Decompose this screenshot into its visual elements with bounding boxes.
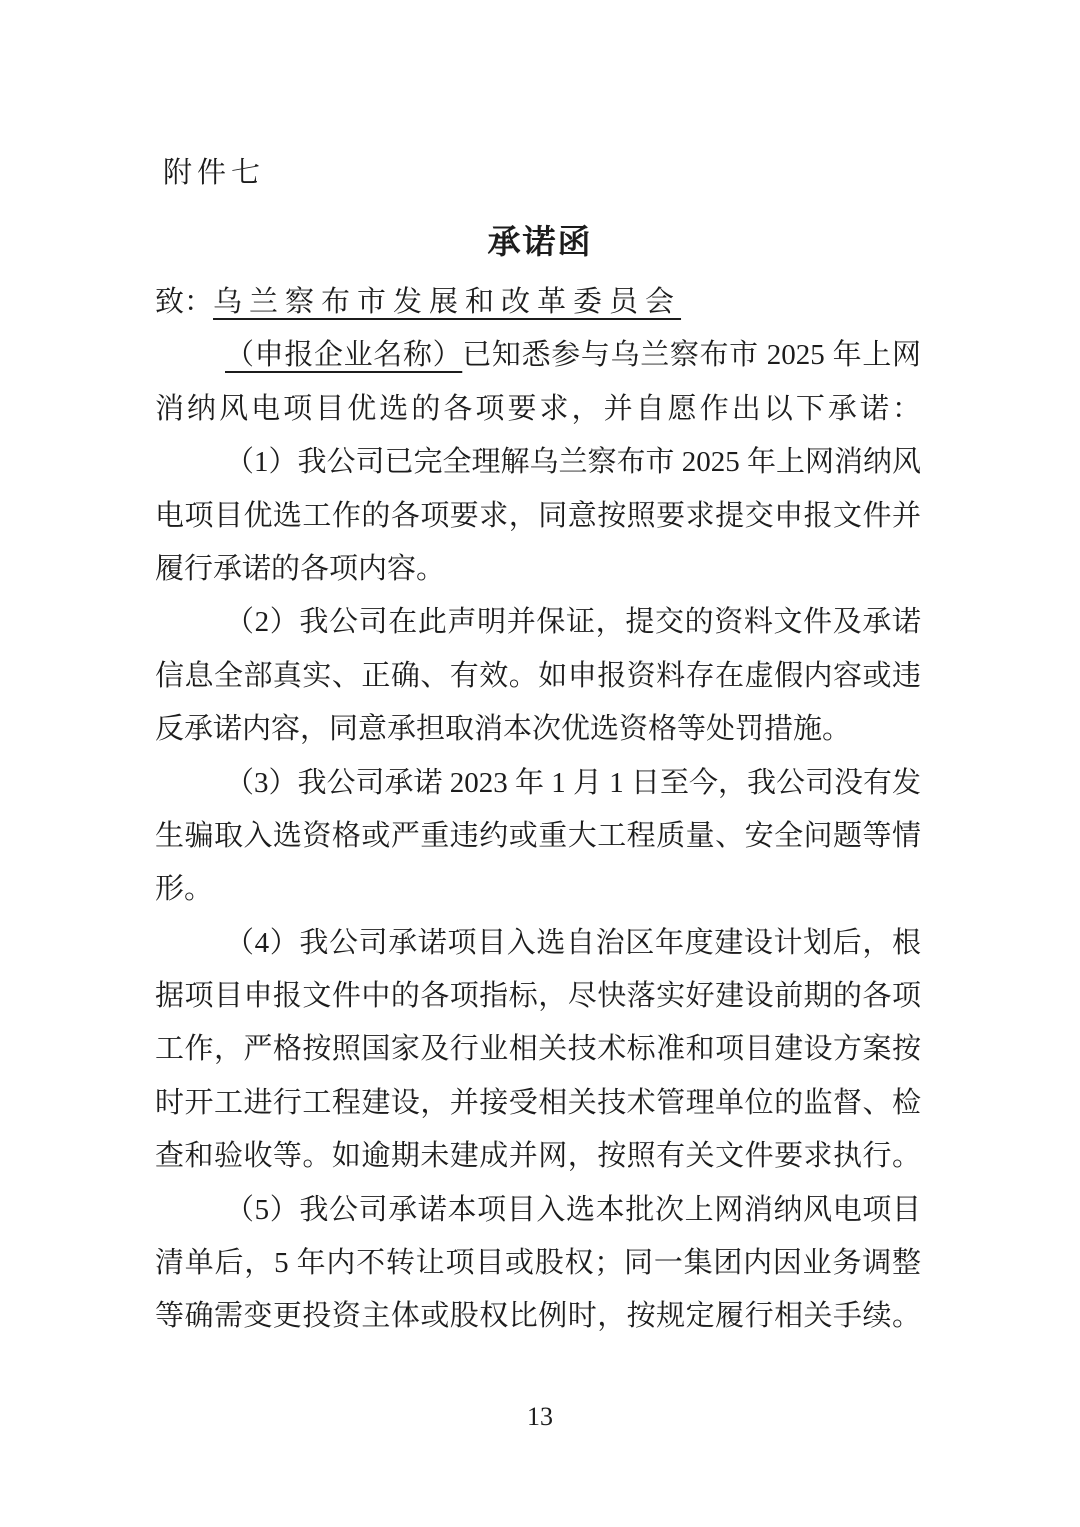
body-line: 信息全部真实、正确、有效。如申报资料存在虚假内容或违 (155, 650, 921, 703)
intro-line-rest: 已知悉参与乌兰察布市 2025 年上网 (462, 339, 921, 371)
salutation-prefix: 致： (155, 286, 213, 318)
page-number: 13 (0, 1402, 1080, 1432)
salutation-line: 致：乌兰察布市发展和改革委员会 (155, 276, 921, 329)
body-line: 等确需变更投资主体或股权比例时，按规定履行相关手续。 (155, 1290, 921, 1343)
body-line: 据项目申报文件中的各项指标，尽快落实好建设前期的各项 (155, 970, 921, 1023)
body-line: （3）我公司承诺 2023 年 1 月 1 日至今，我公司没有发 (155, 757, 921, 810)
body-line: 时开工进行工程建设，并接受相关技术管理单位的监督、检 (155, 1077, 921, 1130)
document-body: 致：乌兰察布市发展和改革委员会 （申报企业名称）已知悉参与乌兰察布市 2025 … (155, 276, 921, 1344)
company-name-blank-underlined: （申报企业名称） (225, 339, 462, 371)
recipient-name-underlined: 乌兰察布市发展和改革委员会 (213, 286, 681, 318)
body-line: 反承诺内容，同意承担取消本次优选资格等处罚措施。 (155, 703, 921, 756)
body-line: （2）我公司在此声明并保证，提交的资料文件及承诺 (155, 596, 921, 649)
body-line: 查和验收等。如逾期未建成并网，按照有关文件要求执行。 (155, 1130, 921, 1183)
intro-line: （申报企业名称）已知悉参与乌兰察布市 2025 年上网 (155, 329, 921, 382)
attachment-label: 附件七 (163, 150, 265, 191)
body-line: 工作，严格按照国家及行业相关技术标准和项目建设方案按 (155, 1023, 921, 1076)
document-page: 附件七 承诺函 致：乌兰察布市发展和改革委员会 （申报企业名称）已知悉参与乌兰察… (0, 0, 1080, 1527)
body-line: 履行承诺的各项内容。 (155, 543, 921, 596)
body-line: （5）我公司承诺本项目入选本批次上网消纳风电项目 (155, 1184, 921, 1237)
body-line: 形。 (155, 863, 921, 916)
body-line: 清单后，5 年内不转让项目或股权；同一集团内因业务调整 (155, 1237, 921, 1290)
body-line: 电项目优选工作的各项要求，同意按照要求提交申报文件并 (155, 490, 921, 543)
body-line: （4）我公司承诺项目入选自治区年度建设计划后，根 (155, 917, 921, 970)
body-line: 消纳风电项目优选的各项要求，并自愿作出以下承诺： (155, 383, 921, 436)
body-line: （1）我公司已完全理解乌兰察布市 2025 年上网消纳风 (155, 436, 921, 489)
document-title: 承诺函 (0, 216, 1080, 263)
body-line: 生骗取入选资格或严重违约或重大工程质量、安全问题等情 (155, 810, 921, 863)
